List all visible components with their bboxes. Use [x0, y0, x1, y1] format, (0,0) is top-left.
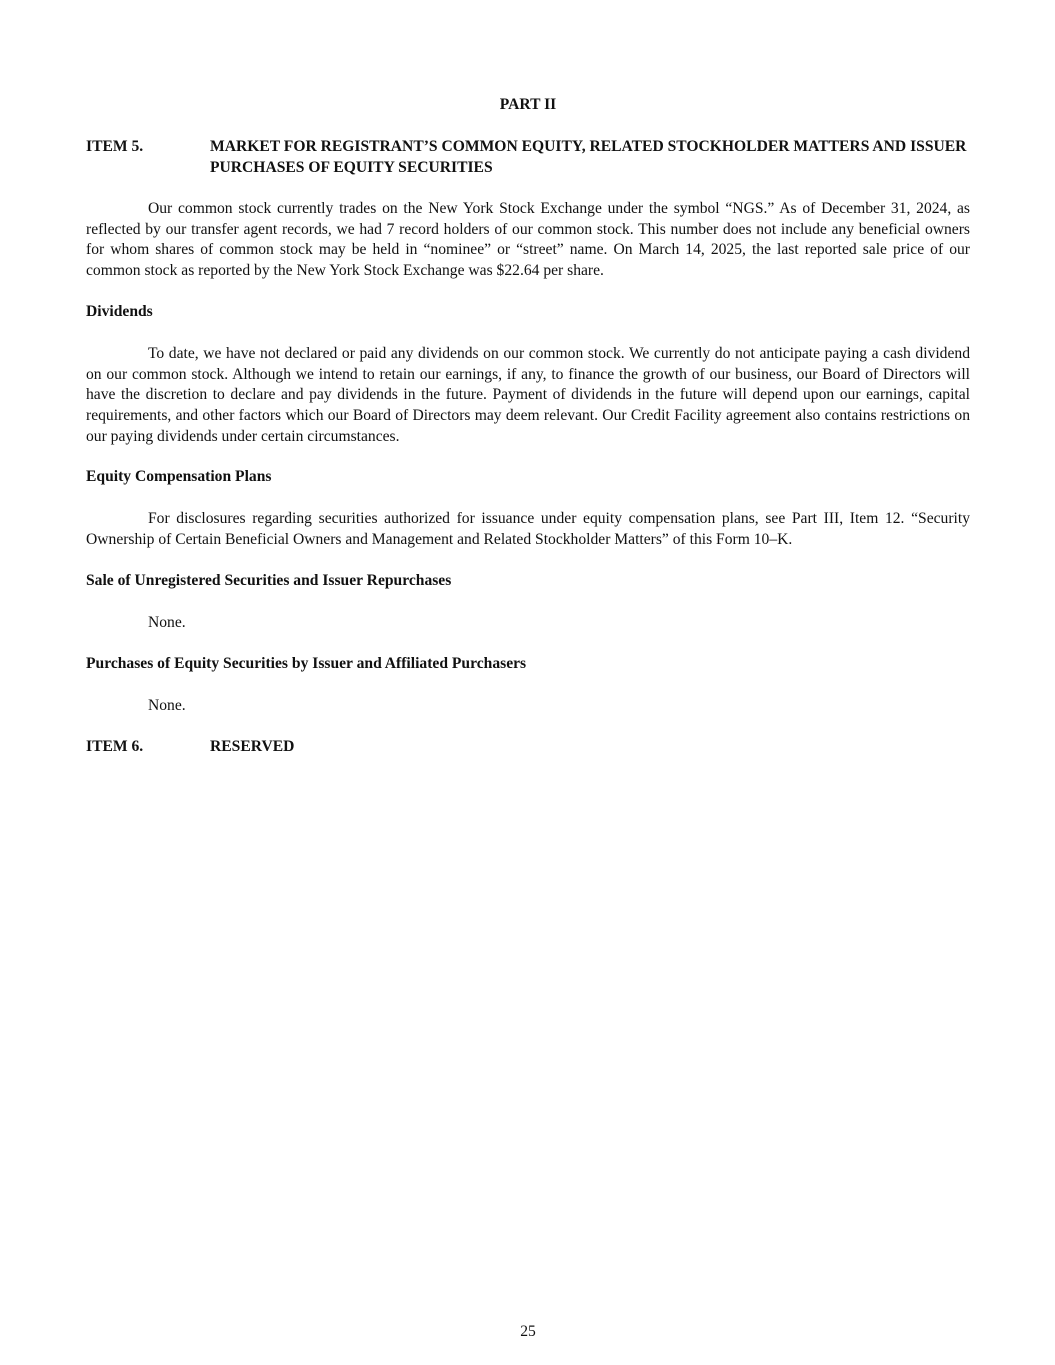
item5-title: MARKET FOR REGISTRANT’S COMMON EQUITY, R… — [210, 137, 970, 178]
item6-number: ITEM 6. — [86, 737, 143, 758]
dividends-heading: Dividends — [86, 302, 153, 323]
dividends-paragraph: To date, we have not declared or paid an… — [86, 344, 970, 448]
equity-compensation-paragraph: For disclosures regarding securities aut… — [86, 509, 970, 550]
item6-title: RESERVED — [210, 737, 970, 758]
unregistered-sales-body: None. — [148, 613, 186, 634]
equity-compensation-heading: Equity Compensation Plans — [86, 467, 271, 488]
part-title: PART II — [86, 95, 970, 116]
item5-number: ITEM 5. — [86, 137, 143, 158]
unregistered-sales-heading: Sale of Unregistered Securities and Issu… — [86, 571, 451, 592]
issuer-purchases-body: None. — [148, 696, 186, 717]
item5-intro-paragraph: Our common stock currently trades on the… — [86, 199, 970, 282]
issuer-purchases-heading: Purchases of Equity Securities by Issuer… — [86, 654, 526, 675]
page-number: 25 — [86, 1322, 970, 1343]
